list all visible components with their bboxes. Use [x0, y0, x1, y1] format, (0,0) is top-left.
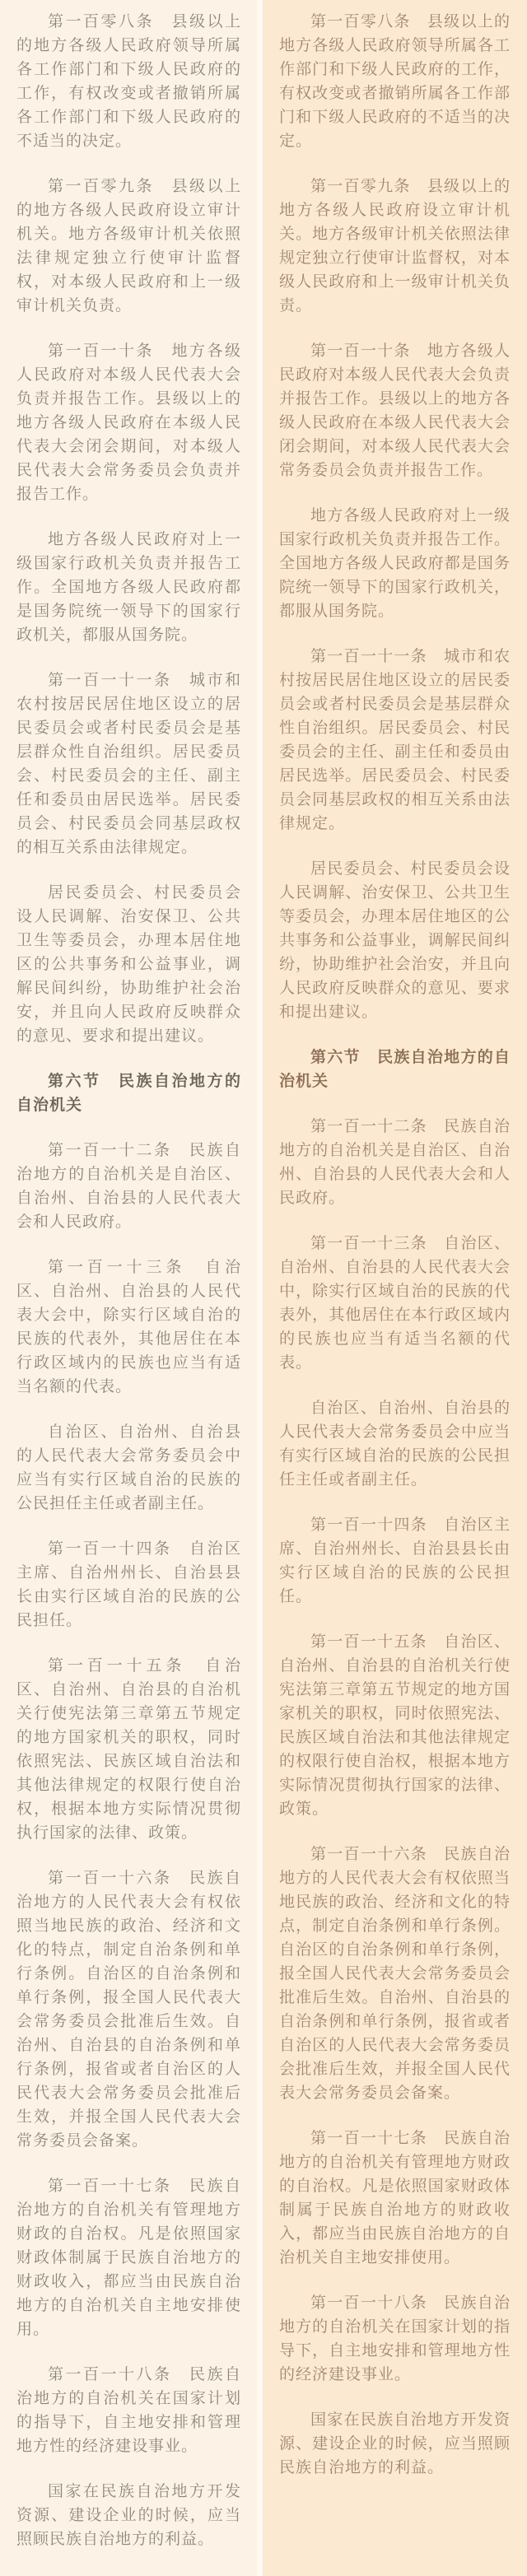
article-paragraph: 第一百一十条 地方各级人民政府对本级人民代表大会负责并报告工作。县级以上的地方各… — [16, 339, 241, 506]
article-paragraph: 第一百一十四条 自治区主席、自治州州长、自治县县长由实行区域自治的民族的公民担任… — [279, 1513, 511, 1609]
article-paragraph: 第一百零九条 县级以上的地方各级人民政府设立审计机关。地方各级审计机关依照法律规… — [16, 175, 241, 318]
article-paragraph: 第一百一十三条 自治区、自治州、自治县的人民代表大会中，除实行区域自治的民族的代… — [16, 1255, 241, 1399]
article-paragraph: 第一百一十条 地方各级人民政府对本级人民代表大会负责并报告工作。县级以上的地方各… — [279, 339, 511, 482]
left-text-pane: 第一百零八条 县级以上的地方各级人民政府领导所属各工作部门和下级人民政府的工作，… — [0, 0, 258, 2576]
article-paragraph: 国家在民族自治地方开发资源、建设企业的时候，应当照顾民族自治地方的利益。 — [279, 2408, 511, 2480]
article-paragraph: 地方各级人民政府对上一级国家行政机关负责并报告工作。全国地方各级人民政府都是国务… — [279, 504, 511, 623]
article-paragraph: 居民委员会、村民委员会设人民调解、治安保卫、公共卫生等委员会，办理本居住地区的公… — [279, 857, 511, 1024]
article-paragraph: 第一百一十四条 自治区主席、自治州州长、自治县县长由实行区域自治的民族的公民担任… — [16, 1537, 241, 1633]
article-paragraph: 第一百一十二条 民族自治地方的自治机关是自治区、自治州、自治县的人民代表大会和人… — [16, 1139, 241, 1234]
article-paragraph: 第一百一十三条 自治区、自治州、自治县的人民代表大会中，除实行区域自治的民族的代… — [279, 1232, 511, 1375]
article-paragraph: 第一百一十六条 民族自治地方的人民代表大会有权依照当地民族的政治、经济和文化的特… — [279, 1842, 511, 2105]
article-paragraph: 第一百零九条 县级以上的地方各级人民政府设立审计机关。地方各级审计机关依照法律规… — [279, 175, 511, 318]
article-paragraph: 自治区、自治州、自治县的人民代表大会常务委员会中应当有实行区域自治的民族的公民担… — [279, 1396, 511, 1492]
document-page: 第一百零八条 县级以上的地方各级人民政府领导所属各工作部门和下级人民政府的工作，… — [0, 0, 527, 2576]
article-paragraph: 第一百一十五条 自治区、自治州、自治县的自治机关行使宪法第三章第五节规定的地方国… — [279, 1630, 511, 1821]
section-heading: 第六节 民族自治地方的自治机关 — [279, 1046, 511, 1093]
article-paragraph: 第一百一十八条 民族自治地方的自治机关在国家计划的指导下，自主地安排和管理地方性… — [279, 2291, 511, 2387]
article-paragraph: 地方各级人民政府对上一级国家行政机关负责并报告工作。全国地方各级人民政府都是国务… — [16, 528, 241, 647]
article-paragraph: 第一百零八条 县级以上的地方各级人民政府领导所属各工作部门和下级人民政府的工作，… — [16, 10, 241, 153]
article-paragraph: 第一百一十七条 民族自治地方的自治机关有管理地方财政的自治权。凡是依照国家财政体… — [279, 2126, 511, 2270]
article-paragraph: 自治区、自治州、自治县的人民代表大会常务委员会中应当有实行区域自治的民族的公民担… — [16, 1420, 241, 1516]
article-paragraph: 第一百一十八条 民族自治地方的自治机关在国家计划的指导下，自主地安排和管理地方性… — [16, 2363, 241, 2458]
article-paragraph: 第一百一十一条 城市和农村按居民居住地区设立的居民委员会或者村民委员会是基层群众… — [16, 668, 241, 859]
section-heading: 第六节 民族自治地方的自治机关 — [16, 1069, 241, 1117]
right-text-pane: 第一百零八条 县级以上的地方各级人民政府领导所属各工作部门和下级人民政府的工作，… — [263, 0, 527, 2576]
article-paragraph: 第一百一十七条 民族自治地方的自治机关有管理地方财政的自治权。凡是依照国家财政体… — [16, 2174, 241, 2341]
article-paragraph: 国家在民族自治地方开发资源、建设企业的时候，应当照顾民族自治地方的利益。 — [16, 2480, 241, 2551]
article-paragraph: 第一百一十六条 民族自治地方的人民代表大会有权依照当地民族的政治、经济和文化的特… — [16, 1866, 241, 2153]
article-paragraph: 第一百一十五条 自治区、自治州、自治县的自治机关行使宪法第三章第五节规定的地方国… — [16, 1654, 241, 1845]
article-paragraph: 第一百零八条 县级以上的地方各级人民政府领导所属各工作部门和下级人民政府的工作，… — [279, 10, 511, 153]
article-paragraph: 第一百一十一条 城市和农村按居民居住地区设立的居民委员会或者村民委员会是基层群众… — [279, 645, 511, 836]
article-paragraph: 第一百一十二条 民族自治地方的自治机关是自治区、自治州、自治县的人民代表大会和人… — [279, 1115, 511, 1210]
article-paragraph: 居民委员会、村民委员会设人民调解、治安保卫、公共卫生等委员会，办理本居住地区的公… — [16, 881, 241, 1048]
